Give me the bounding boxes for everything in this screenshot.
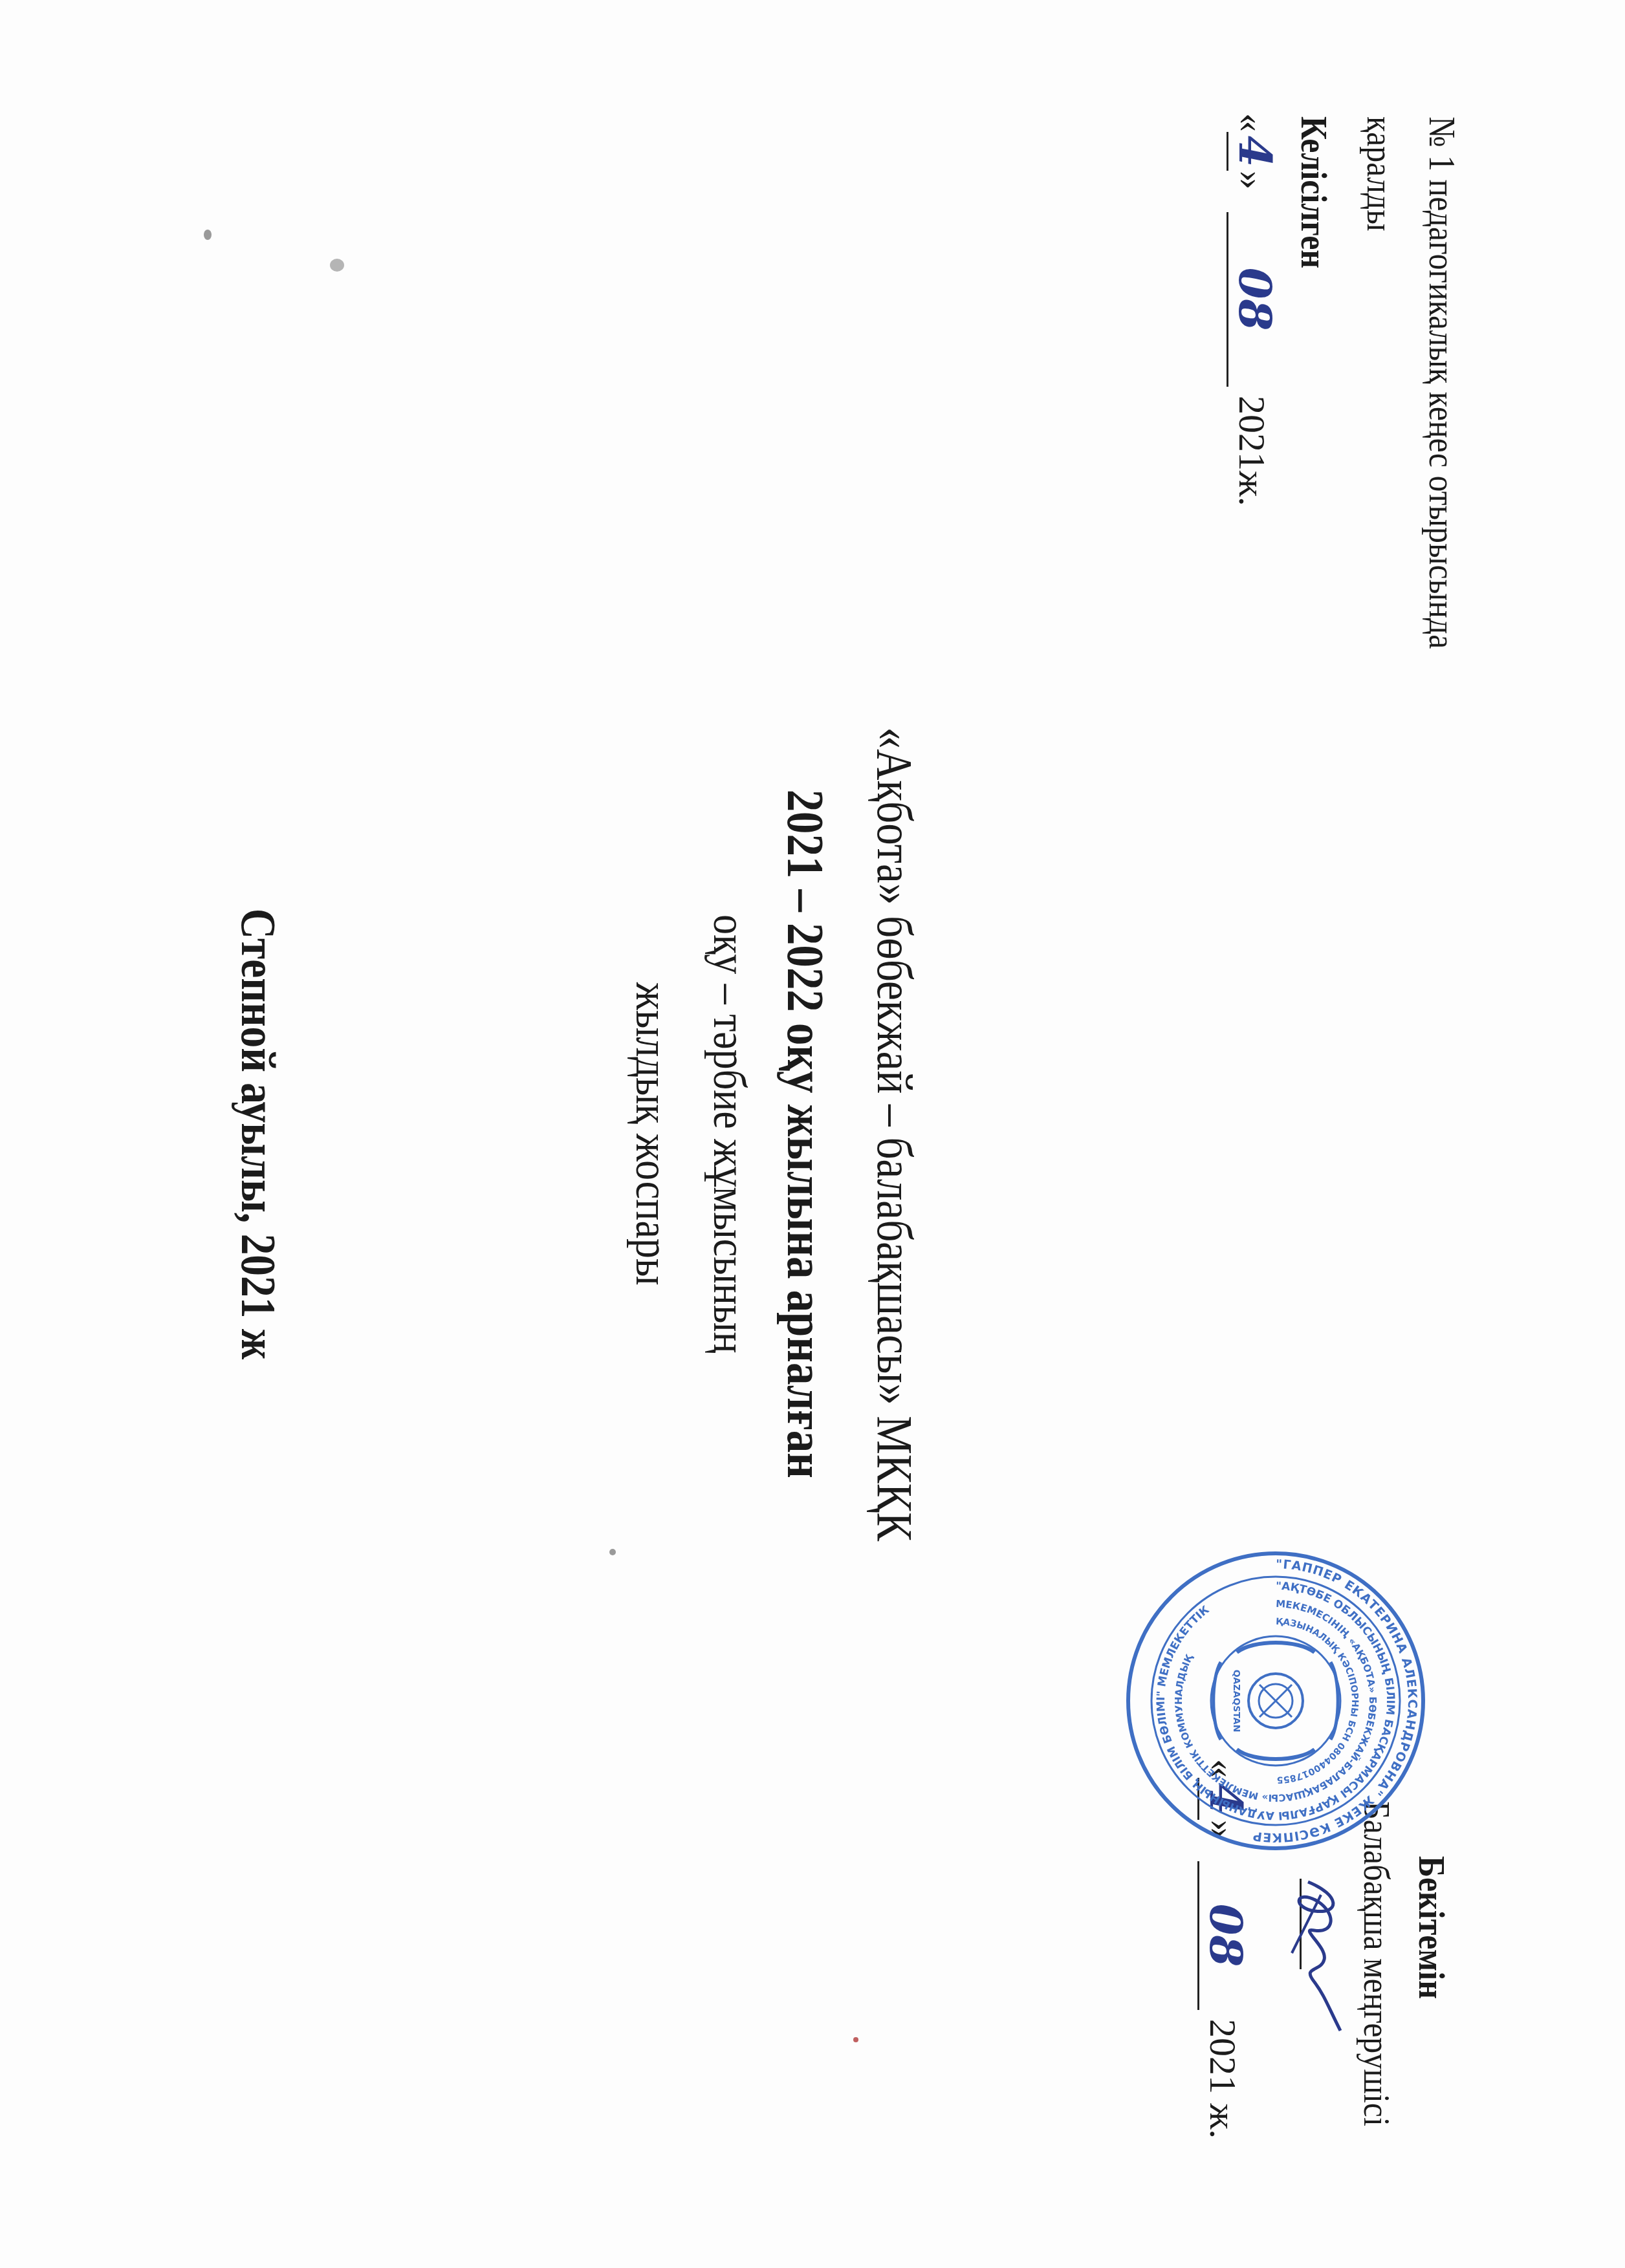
place-year: Степной ауылы, 2021 ж — [234, 0, 283, 2268]
handwritten-month: 08 — [1228, 268, 1282, 330]
document-page: № 1 педагогикалық кеңес отырысында қарал… — [0, 0, 1625, 2268]
approved-heading: Бекітемін — [1413, 1856, 1450, 2022]
approved-text: Бекітемін — [1413, 1856, 1450, 1999]
council-meeting-line: № 1 педагогикалық кеңес отырысында — [1423, 116, 1461, 735]
title-institution: «Ақбота» бөбекжай – балабақшасы» МКҚК — [869, 0, 920, 2268]
scan-speck — [204, 230, 212, 240]
head-position-line: Балабақша меңгерушісі — [1358, 1801, 1395, 2179]
reviewed-line: қаралды — [1361, 116, 1399, 250]
title-work-type-text: оқу – тәрбие жұмысының — [706, 914, 753, 1354]
scan-speck — [330, 259, 344, 272]
title-year: 2021 – 2022 оқу жылына арналған — [779, 0, 831, 2268]
stamp-seal-icon: "ГАППЕР ЕКАТЕРИНА АЛЕКСАНДРОВНА" ЖЕКЕ КӘ… — [1124, 1549, 1428, 1853]
title-annual-plan-text: жылдық жоспары — [629, 982, 675, 1285]
approved-month-field: 08 — [1197, 1861, 1253, 2010]
scan-speck — [853, 2037, 858, 2042]
agreed-text: Келісілген — [1295, 116, 1333, 268]
svg-text:QAZAQSTAN: QAZAQSTAN — [1231, 1670, 1241, 1733]
agreed-date-line: «4» 08 2021ж. — [1227, 113, 1282, 506]
title-year-text: 2021 – 2022 оқу жылына арналған — [779, 790, 831, 1478]
title-work-type: оқу – тәрбие жұмысының — [706, 0, 753, 2268]
agreed-year-text: 2021ж. — [1231, 396, 1273, 506]
title-annual-plan: жылдық жоспары — [629, 0, 675, 2268]
handwritten-day: 4 — [1228, 136, 1282, 167]
title-institution-text: «Ақбота» бөбекжай – балабақшасы» МКҚК — [869, 727, 920, 1541]
reviewed-text: қаралды — [1361, 116, 1399, 232]
open-quote: « — [1231, 113, 1273, 132]
agreed-heading: Келісілген — [1295, 116, 1333, 293]
scan-speck — [609, 1549, 616, 1555]
head-signature — [1282, 1875, 1353, 2044]
approved-year-text: 2021 ж. — [1202, 2019, 1244, 2139]
close-quote: » — [1231, 171, 1273, 189]
official-stamp: "ГАППЕР ЕКАТЕРИНА АЛЕКСАНДРОВНА" ЖЕКЕ КӘ… — [1124, 1549, 1428, 1853]
handwritten-month: 08 — [1199, 1904, 1253, 1967]
scanned-page-frame: № 1 педагогикалық кеңес отырысында қарал… — [0, 0, 1625, 2268]
place-year-text: Степной ауылы, 2021 ж — [234, 909, 283, 1359]
agreed-day-field: 4 — [1227, 132, 1282, 171]
agreed-month-field: 08 — [1227, 212, 1282, 387]
council-meeting-text: № 1 педагогикалық кеңес отырысында — [1423, 116, 1461, 649]
